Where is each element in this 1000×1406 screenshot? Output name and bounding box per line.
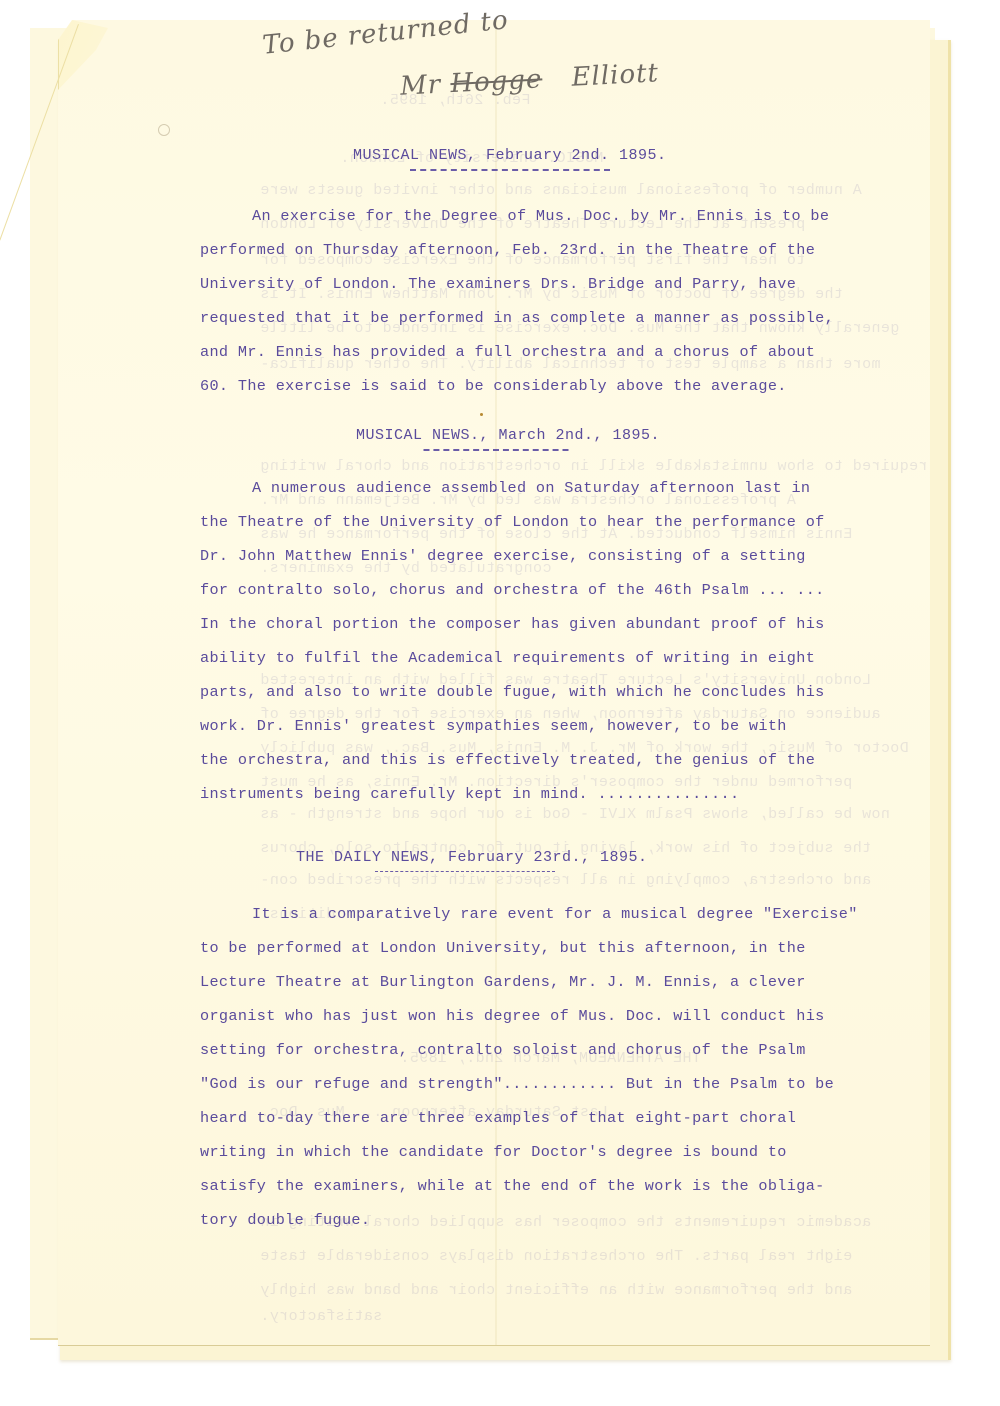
text-line: requested that it be performed in as com… bbox=[200, 301, 880, 335]
article-body: A numerous audience assembled on Saturda… bbox=[200, 471, 880, 811]
pin-hole-mark bbox=[158, 124, 170, 136]
article-heading: MUSICAL NEWS., March 2nd., 1895. bbox=[356, 427, 660, 444]
bleed-line: eight real parts. The orchestration disp… bbox=[260, 1248, 852, 1265]
text-line: the orchestra, and this is effectively t… bbox=[200, 743, 880, 777]
text-line: "God is our refuge and strength"........… bbox=[200, 1067, 880, 1101]
article-heading-text: THE DAILY NEWS, February 23rd., 1895. bbox=[296, 849, 648, 866]
heading-underline bbox=[423, 449, 568, 451]
text-line: Dr. John Matthew Ennis' degree exercise,… bbox=[200, 539, 880, 573]
handwritten-prefix: Mr bbox=[399, 70, 442, 102]
heading-underline bbox=[410, 169, 610, 171]
text-line: satisfy the examiners, while at the end … bbox=[200, 1169, 880, 1203]
text-line: tory double fugue. bbox=[200, 1203, 880, 1237]
heading-underline bbox=[375, 871, 555, 872]
article-body: It is a comparatively rare event for a m… bbox=[200, 897, 880, 1237]
text-line: writing in which the candidate for Docto… bbox=[200, 1135, 880, 1169]
article-heading: THE DAILY NEWS, February 23rd., 1895. bbox=[296, 849, 648, 866]
ink-speck bbox=[480, 413, 483, 416]
article-heading: MUSICAL NEWS, February 2nd. 1895. bbox=[353, 147, 667, 164]
text-line: ability to fulfil the Academical require… bbox=[200, 641, 880, 675]
text-line: It is a comparatively rare event for a m… bbox=[200, 897, 880, 931]
text-line: instruments being carefully kept in mind… bbox=[200, 777, 880, 811]
struck-through-name: Hogge bbox=[450, 64, 543, 99]
text-line: work. Dr. Ennis' greatest sympathies see… bbox=[200, 709, 880, 743]
text-line: to be performed at London University, bu… bbox=[200, 931, 880, 965]
replacement-name: Elliott bbox=[571, 58, 660, 93]
text-line: An exercise for the Degree of Mus. Doc. … bbox=[200, 199, 880, 233]
text-line: A numerous audience assembled on Saturda… bbox=[200, 471, 880, 505]
article-body: An exercise for the Degree of Mus. Doc. … bbox=[200, 199, 880, 403]
text-line: and Mr. Ennis has provided a full orches… bbox=[200, 335, 880, 369]
bleed-line: and the performance with an efficient ch… bbox=[260, 1282, 852, 1299]
text-line: performed on Thursday afternoon, Feb. 23… bbox=[200, 233, 880, 267]
article-heading-text: MUSICAL NEWS., March 2nd., 1895. bbox=[356, 427, 660, 444]
text-line: Lecture Theatre at Burlington Gardens, M… bbox=[200, 965, 880, 999]
text-line: the Theatre of the University of London … bbox=[200, 505, 880, 539]
bleed-line: satisfactory. bbox=[260, 1308, 382, 1325]
text-line: University of London. The examiners Drs.… bbox=[200, 267, 880, 301]
bleed-line: A number of professional musicians and o… bbox=[260, 182, 862, 199]
article-heading-text: MUSICAL NEWS, February 2nd. 1895. bbox=[353, 147, 667, 164]
text-line: for contralto solo, chorus and orchestra… bbox=[200, 573, 880, 607]
text-line: organist who has just won his degree of … bbox=[200, 999, 880, 1033]
text-line: heard to-day there are three examples of… bbox=[200, 1101, 880, 1135]
text-line: parts, and also to write double fugue, w… bbox=[200, 675, 880, 709]
text-line: 60. The exercise is said to be considera… bbox=[200, 369, 880, 403]
text-line: In the choral portion the composer has g… bbox=[200, 607, 880, 641]
bleed-line: and orchestra, complying in all respects… bbox=[260, 872, 871, 889]
text-line: setting for orchestra, contralto soloist… bbox=[200, 1033, 880, 1067]
